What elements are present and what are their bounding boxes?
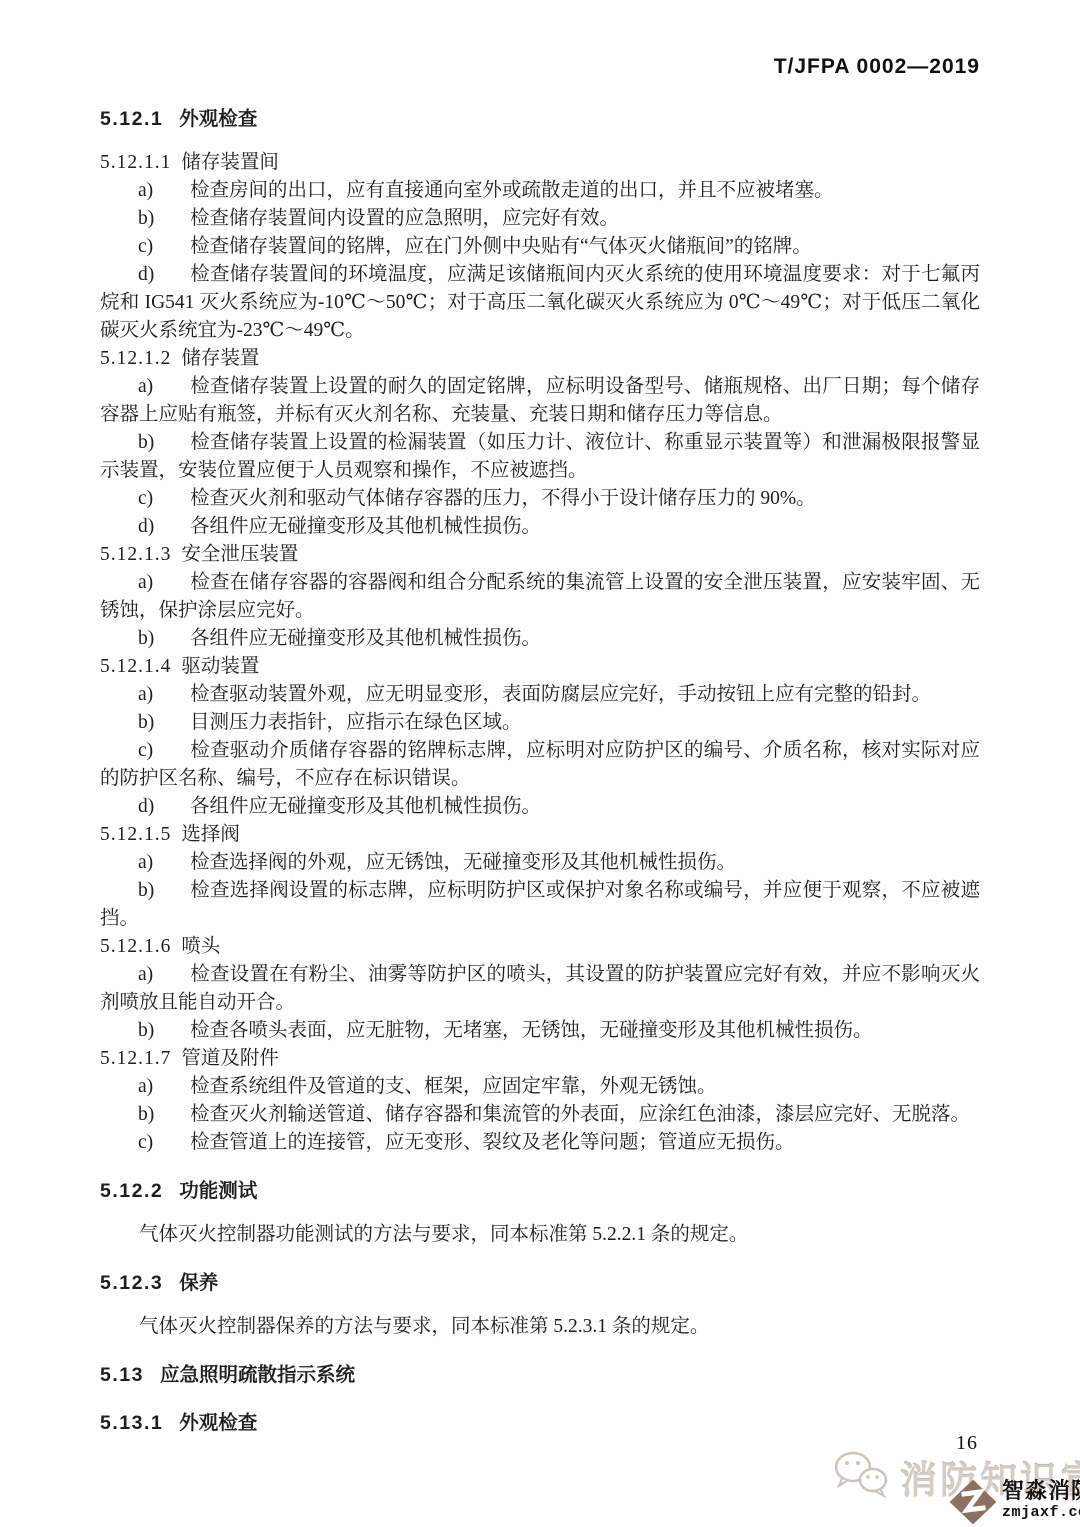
clause-title: 储存装置间 — [181, 152, 279, 173]
paragraph: 气体灭火控制器功能测试的方法与要求，同本标准第 5.2.2.1 条的规定。 — [100, 1221, 980, 1249]
item-text: 检查选择阀的外观，应无锈蚀，无碰撞变形及其他机械性损伤。 — [190, 852, 736, 873]
item-label: d) — [138, 513, 190, 541]
wechat-icon — [832, 1448, 890, 1505]
item-text: 检查灭火剂和驱动气体储存容器的压力，不得小于设计储存压力的 90%。 — [190, 488, 816, 509]
logo-domain: zmjaxf.com — [1002, 1505, 1080, 1520]
item-text: 检查房间的出口，应有直接通向室外或疏散走道的出口，并且不应被堵塞。 — [190, 180, 834, 201]
clause-number: 5.12.1.2 — [100, 348, 171, 369]
clause-heading: 5.12.1.3安全泄压装置 — [100, 541, 980, 569]
item-text: 检查选择阀设置的标志牌，应标明防护区或保护对象名称或编号，并应便于观察，不应被遮… — [100, 880, 980, 929]
item-label: a) — [138, 681, 190, 709]
list-item: a)检查设置在有粉尘、油雾等防护区的喷头，其设置的防护装置应完好有效，并应不影响… — [100, 961, 980, 1017]
clause-heading: 5.12.1.6喷头 — [100, 933, 980, 961]
list-item: c)检查储存装置间的铭牌，应在门外侧中央贴有“气体灭火储瓶间”的铭牌。 — [100, 233, 980, 261]
item-label: a) — [138, 849, 190, 877]
clause-title: 驱动装置 — [181, 656, 259, 677]
list-item: b)各组件应无碰撞变形及其他机械性损伤。 — [100, 625, 980, 653]
clause-heading: 5.12.1.2储存装置 — [100, 345, 980, 373]
item-label: a) — [138, 177, 190, 205]
clause-title: 安全泄压装置 — [181, 544, 298, 565]
clause-number: 5.12.1.3 — [100, 544, 171, 565]
item-label: b) — [138, 1101, 190, 1129]
item-label: d) — [138, 793, 190, 821]
clause-title: 喷头 — [181, 936, 220, 957]
item-label: a) — [138, 373, 190, 401]
clause-number: 5.12.1.4 — [100, 656, 171, 677]
item-label: a) — [138, 1073, 190, 1101]
item-label: b) — [138, 205, 190, 233]
clause-title: 选择阀 — [181, 824, 240, 845]
item-label: b) — [138, 877, 190, 905]
list-item: b)检查灭火剂输送管道、储存容器和集流管的外表面，应涂红色油漆，漆层应完好、无脱… — [100, 1101, 980, 1129]
list-item: b)检查选择阀设置的标志牌，应标明防护区或保护对象名称或编号，并应便于观察，不应… — [100, 877, 980, 933]
item-label: d) — [138, 261, 190, 289]
item-text: 检查驱动介质储存容器的铭牌标志牌，应标明对应防护区的编号、介质名称，核对实际对应… — [100, 740, 980, 789]
section-heading: 5.12.2功能测试 — [100, 1177, 980, 1205]
item-label: a) — [138, 569, 190, 597]
item-label: b) — [138, 709, 190, 737]
item-label: c) — [138, 233, 190, 261]
clause-title: 管道及附件 — [181, 1048, 279, 1069]
paragraph: 气体灭火控制器保养的方法与要求，同本标准第 5.2.3.1 条的规定。 — [100, 1313, 980, 1341]
list-item: d)各组件应无碰撞变形及其他机械性损伤。 — [100, 793, 980, 821]
item-text: 检查储存装置间的铭牌，应在门外侧中央贴有“气体灭火储瓶间”的铭牌。 — [190, 236, 812, 257]
clause-number: 5.12.1 — [100, 108, 163, 130]
item-label: c) — [138, 737, 190, 765]
logo-title: 智淼消防 — [1002, 1480, 1080, 1502]
item-label: a) — [138, 961, 190, 989]
list-item: a)检查储存装置上设置的耐久的固定铭牌，应标明设备型号、储瓶规格、出厂日期；每个… — [100, 373, 980, 429]
clause-number: 5.12.1.6 — [100, 936, 171, 957]
clause-title: 保养 — [179, 1272, 218, 1294]
list-item: b)目测压力表指针，应指示在绿色区域。 — [100, 709, 980, 737]
clause-heading: 5.12.1.4驱动装置 — [100, 653, 980, 681]
item-label: b) — [138, 625, 190, 653]
document-body: 5.12.1外观检查5.12.1.1储存装置间a)检查房间的出口，应有直接通向室… — [100, 105, 980, 1453]
section-heading: 5.12.1外观检查 — [100, 105, 980, 133]
list-item: d)各组件应无碰撞变形及其他机械性损伤。 — [100, 513, 980, 541]
section-heading: 5.13应急照明疏散指示系统 — [100, 1361, 980, 1389]
item-text: 检查在储存容器的容器阀和组合分配系统的集流管上设置的安全泄压装置，应安装牢固、无… — [100, 572, 980, 621]
clause-title: 储存装置 — [181, 348, 259, 369]
clause-heading: 5.12.1.7管道及附件 — [100, 1045, 980, 1073]
item-text: 检查储存装置上设置的检漏装置（如压力计、液位计、称重显示装置等）和泄漏极限报警显… — [100, 432, 980, 481]
item-label: b) — [138, 429, 190, 457]
clause-number: 5.13.1 — [100, 1412, 163, 1434]
standard-number-header: T/JFPA 0002—2019 — [774, 55, 980, 79]
clause-title: 外观检查 — [179, 1412, 257, 1434]
clause-heading: 5.12.1.1储存装置间 — [100, 149, 980, 177]
item-text: 检查设置在有粉尘、油雾等防护区的喷头，其设置的防护装置应完好有效，并应不影响灭火… — [100, 964, 980, 1013]
list-item: a)检查选择阀的外观，应无锈蚀，无碰撞变形及其他机械性损伤。 — [100, 849, 980, 877]
clause-heading: 5.12.1.5选择阀 — [100, 821, 980, 849]
list-item: c)检查灭火剂和驱动气体储存容器的压力，不得小于设计储存压力的 90%。 — [100, 485, 980, 513]
item-text: 目测压力表指针，应指示在绿色区域。 — [190, 712, 522, 733]
clause-number: 5.12.2 — [100, 1180, 163, 1202]
item-label: c) — [138, 485, 190, 513]
clause-number: 5.12.1.1 — [100, 152, 171, 173]
clause-number: 5.12.1.5 — [100, 824, 171, 845]
item-text: 各组件应无碰撞变形及其他机械性损伤。 — [190, 516, 541, 537]
clause-title: 应急照明疏散指示系统 — [160, 1364, 355, 1386]
clause-number: 5.12.3 — [100, 1272, 163, 1294]
clause-number: 5.12.1.7 — [100, 1048, 171, 1069]
clause-title: 外观检查 — [179, 108, 257, 130]
clause-number: 5.13 — [100, 1364, 144, 1386]
item-text: 检查驱动装置外观，应无明显变形，表面防腐层应完好，手动按钮上应有完整的铅封。 — [190, 684, 931, 705]
section-heading: 5.13.1外观检查 — [100, 1409, 980, 1437]
list-item: a)检查房间的出口，应有直接通向室外或疏散走道的出口，并且不应被堵塞。 — [100, 177, 980, 205]
list-item: b)检查各喷头表面，应无脏物，无堵塞，无锈蚀，无碰撞变形及其他机械性损伤。 — [100, 1017, 980, 1045]
logo-diamond-icon — [950, 1480, 996, 1527]
item-text: 检查储存装置间的环境温度，应满足该储瓶间内灭火系统的使用环境温度要求：对于七氟丙… — [100, 264, 980, 341]
list-item: b)检查储存装置间内设置的应急照明，应完好有效。 — [100, 205, 980, 233]
document-page: T/JFPA 0002—2019 5.12.1外观检查5.12.1.1储存装置间… — [0, 0, 1080, 1527]
clause-title: 功能测试 — [179, 1180, 257, 1202]
list-item: b)检查储存装置上设置的检漏装置（如压力计、液位计、称重显示装置等）和泄漏极限报… — [100, 429, 980, 485]
list-item: c)检查管道上的连接管，应无变形、裂纹及老化等问题；管道应无损伤。 — [100, 1129, 980, 1157]
section-heading: 5.12.3保养 — [100, 1269, 980, 1297]
item-text: 各组件应无碰撞变形及其他机械性损伤。 — [190, 628, 541, 649]
site-logo: 智淼消防 zmjaxf.com — [950, 1480, 1080, 1527]
list-item: a)检查在储存容器的容器阀和组合分配系统的集流管上设置的安全泄压装置，应安装牢固… — [100, 569, 980, 625]
list-item: d)检查储存装置间的环境温度，应满足该储瓶间内灭火系统的使用环境温度要求：对于七… — [100, 261, 980, 345]
item-text: 检查储存装置上设置的耐久的固定铭牌，应标明设备型号、储瓶规格、出厂日期；每个储存… — [100, 376, 980, 425]
item-text: 检查各喷头表面，应无脏物，无堵塞，无锈蚀，无碰撞变形及其他机械性损伤。 — [190, 1020, 873, 1041]
item-label: b) — [138, 1017, 190, 1045]
item-text: 检查管道上的连接管，应无变形、裂纹及老化等问题；管道应无损伤。 — [190, 1132, 795, 1153]
list-item: a)检查系统组件及管道的支、框架，应固定牢靠，外观无锈蚀。 — [100, 1073, 980, 1101]
list-item: c)检查驱动介质储存容器的铭牌标志牌，应标明对应防护区的编号、介质名称，核对实际… — [100, 737, 980, 793]
item-text: 检查系统组件及管道的支、框架，应固定牢靠，外观无锈蚀。 — [190, 1076, 717, 1097]
item-label: c) — [138, 1129, 190, 1157]
item-text: 检查储存装置间内设置的应急照明，应完好有效。 — [190, 208, 619, 229]
item-text: 各组件应无碰撞变形及其他机械性损伤。 — [190, 796, 541, 817]
list-item: a)检查驱动装置外观，应无明显变形，表面防腐层应完好，手动按钮上应有完整的铅封。 — [100, 681, 980, 709]
item-text: 检查灭火剂输送管道、储存容器和集流管的外表面，应涂红色油漆，漆层应完好、无脱落。 — [190, 1104, 970, 1125]
